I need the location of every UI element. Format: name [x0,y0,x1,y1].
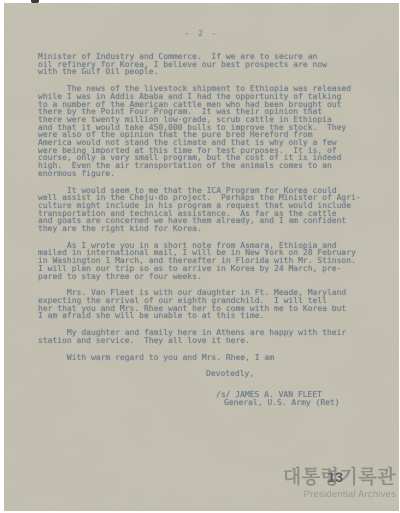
letter-body: Minister of Industry and Commerce. If we… [38,53,372,406]
archive-page-stamp: 13 [327,469,343,485]
paragraph-livestock-shipment: The news of the livestock shipment to Et… [38,85,372,177]
paragraph-travel-plans: As I wrote you in a short note from Asma… [38,242,372,281]
paragraph-continuation: Minister of Industry and Commerce. If we… [38,53,372,76]
paragraph-daughter-athens: My daughter and family here in Athens ar… [38,329,372,344]
presidential-archives-watermark: 대통령기록관 13 Presidential Archives [283,468,396,500]
signature-rank: General, U.S. Army (Ret) [216,399,372,407]
valediction: Devotedly, [206,370,372,378]
scanned-letter-page: - 2 - Minister of Industry and Commerce.… [0,0,400,513]
signature-block: /s/ JAMES A. VAN FLEET General, U.S. Arm… [216,391,372,406]
page-number: - 2 - [4,29,399,38]
watermark-english-text: Presidential Archives [283,489,396,500]
letter-paper: - 2 - Minister of Industry and Commerce.… [4,3,399,511]
paragraph-mrs-van-fleet: Mrs. Van Fleet is with our daughter in F… [38,289,372,320]
closing-line: With warm regard to you and Mrs. Rhee, I… [38,354,372,362]
paragraph-ica-program: It would seem to me that the ICA Program… [38,187,372,233]
